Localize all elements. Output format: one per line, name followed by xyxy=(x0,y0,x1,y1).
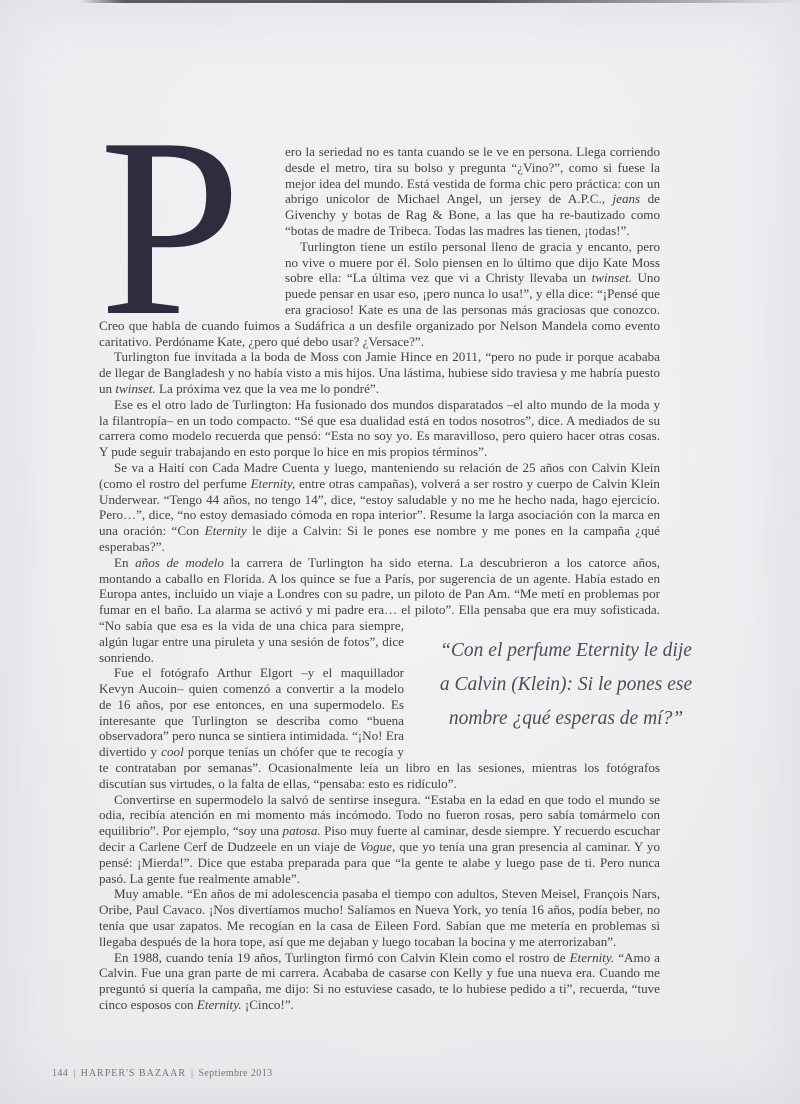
body-text: En xyxy=(114,555,135,570)
footer-separator: | xyxy=(191,1068,193,1079)
italic-text: Eternity xyxy=(205,523,247,538)
italic-text: Eternity, xyxy=(251,476,296,491)
body-text: Muy amable. “En años de mi adolescencia … xyxy=(99,886,660,948)
issue-date: Septiembre 2013 xyxy=(198,1068,272,1079)
paragraph: En años de modelo la carrera de Turlingt… xyxy=(99,555,660,666)
magazine-page: Pero la seriedad no es tanta cuando se l… xyxy=(0,0,800,1104)
pull-quote-line: “Con el perfume Eternity le dije xyxy=(420,634,712,668)
italic-text: años de modelo xyxy=(135,555,224,570)
italic-text: cool xyxy=(161,744,184,759)
pull-quote-line: a Calvin (Klein): Si le pones ese xyxy=(420,668,712,702)
body-text: porque tenías un chófer que te recogía y… xyxy=(99,744,660,791)
body-text: La próxima vez que la vea me lo pondré”. xyxy=(156,381,379,396)
italic-text: Eternity. xyxy=(570,950,615,965)
page-number: 144 xyxy=(52,1068,68,1079)
drop-cap-letter: P xyxy=(99,144,285,317)
page-scan-edge xyxy=(80,0,800,3)
italic-text: twinset. xyxy=(115,381,155,396)
paragraph: Muy amable. “En años de mi adolescencia … xyxy=(99,886,660,949)
italic-text: Vogue, xyxy=(360,839,395,854)
footer-separator: | xyxy=(73,1068,75,1079)
magazine-title: HARPER'S BAZAAR xyxy=(81,1068,186,1079)
paragraph: Turlington fue invitada a la boda de Mos… xyxy=(99,349,660,396)
paragraph: Ese es el otro lado de Turlington: Ha fu… xyxy=(99,397,660,460)
paragraph: En 1988, cuando tenía 19 años, Turlingto… xyxy=(99,950,660,1013)
paragraph: Se va a Haití con Cada Madre Cuenta y lu… xyxy=(99,460,660,555)
italic-text: jeans xyxy=(613,191,641,206)
pull-quote: “Con el perfume Eternity le dijea Calvin… xyxy=(420,626,712,746)
italic-text: Eternity. xyxy=(197,997,242,1012)
italic-text: patosa. xyxy=(283,823,321,838)
body-text: ero la seriedad no es tanta cuando se le… xyxy=(285,144,660,206)
pull-quote-line: nombre ¿qué esperas de mí?” xyxy=(420,702,712,736)
body-text: Ese es el otro lado de Turlington: Ha fu… xyxy=(99,397,660,459)
paragraph: Convertirse en supermodelo la salvó de s… xyxy=(99,792,660,887)
page-footer: 144|HARPER'S BAZAAR|Septiembre 2013 xyxy=(52,1068,273,1079)
body-text: En 1988, cuando tenía 19 años, Turlingto… xyxy=(114,950,570,965)
article-body: Pero la seriedad no es tanta cuando se l… xyxy=(99,144,660,1013)
body-text: ¡Cinco!”. xyxy=(242,997,294,1012)
italic-text: twinset. xyxy=(592,270,632,285)
paragraph: Pero la seriedad no es tanta cuando se l… xyxy=(99,144,660,239)
